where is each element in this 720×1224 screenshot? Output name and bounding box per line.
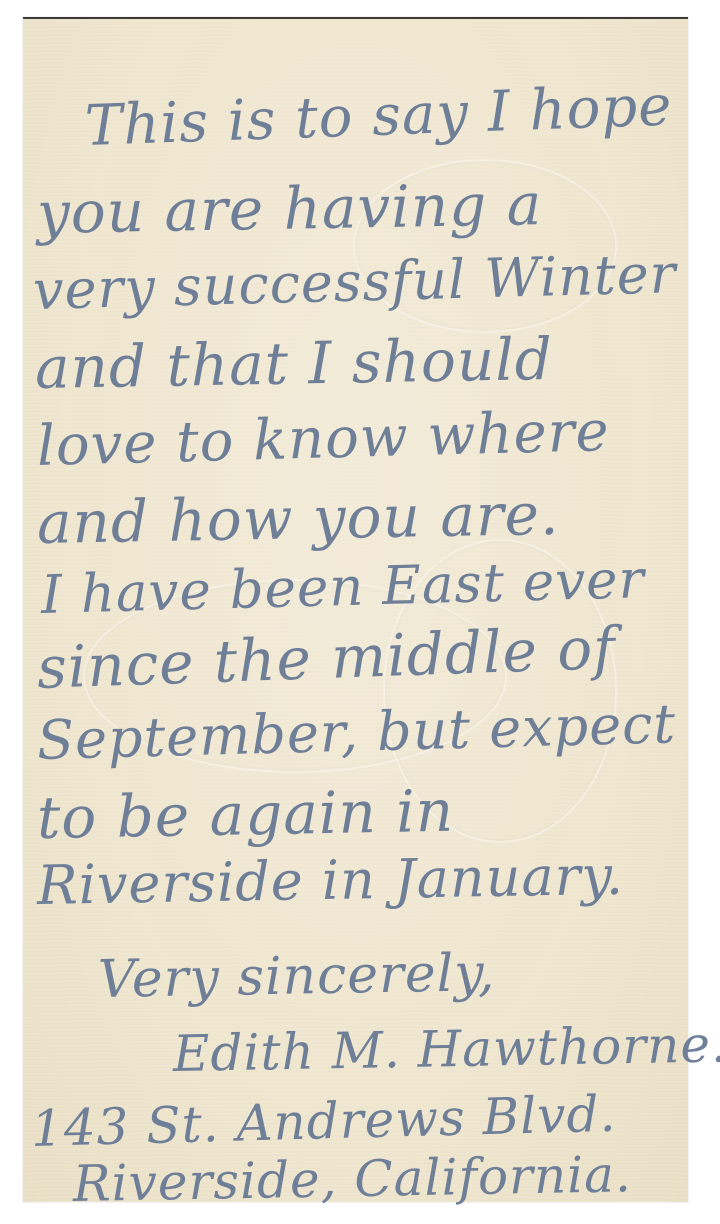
letter-line-11: Riverside in January. xyxy=(37,849,625,913)
letter-line-2: you are having a xyxy=(36,175,542,242)
letter-line-4: and that I should xyxy=(34,330,553,397)
letter-line-10: to be again in xyxy=(36,782,454,847)
letter-line-3: very successful Winter xyxy=(32,247,677,318)
letter-line-8: since the middle of xyxy=(36,619,617,697)
letter-line-9: September, but expect xyxy=(36,697,676,768)
signature: Edith M. Hawthorne. xyxy=(173,1019,720,1079)
address-line-1: 143 St. Andrews Blvd. xyxy=(30,1089,617,1154)
letter-card: This is to say I hope you are having a v… xyxy=(23,17,688,1202)
closing: Very sincerely, xyxy=(98,947,496,1006)
letter-line-6: and how you are. xyxy=(36,485,559,552)
address-line-2: Riverside, California. xyxy=(73,1149,633,1209)
letter-line-7: I have been East ever xyxy=(40,553,645,622)
letter-line-5: love to know where xyxy=(36,404,610,475)
letter-line-1: This is to say I hope xyxy=(84,79,673,155)
